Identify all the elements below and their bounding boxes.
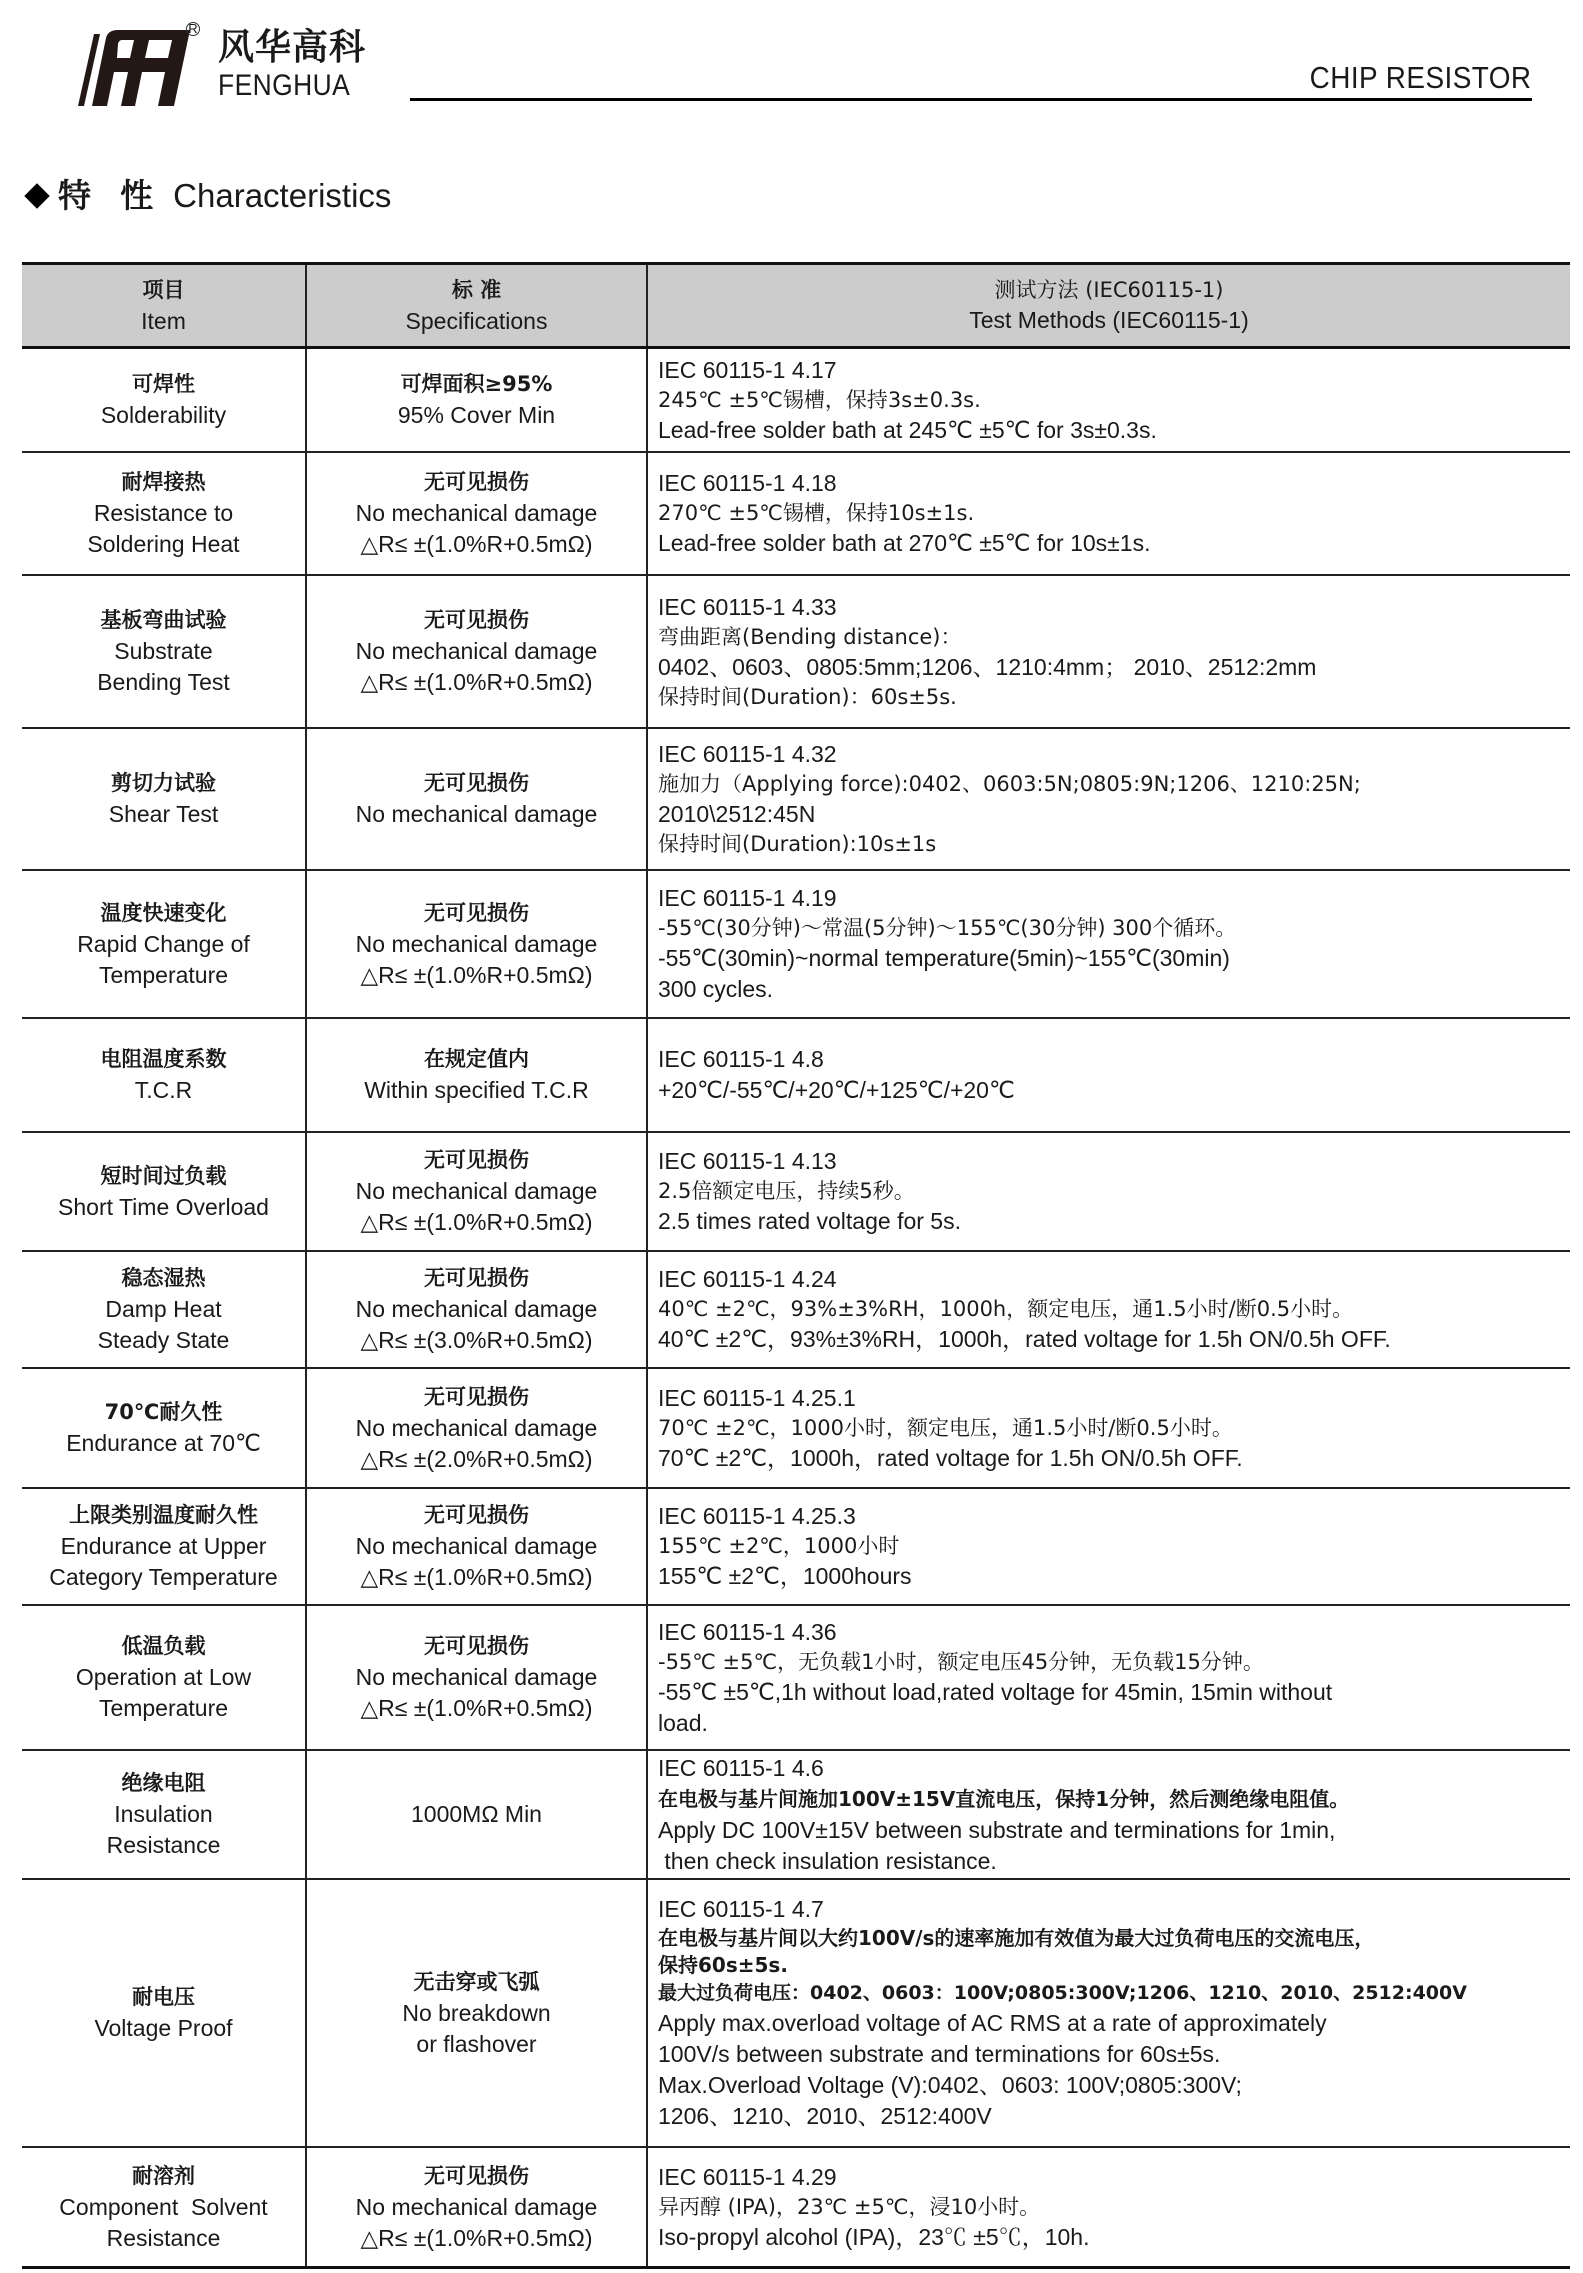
method-line: IEC 60115-1 4.33 [658,592,837,623]
method-line: 在电极与基片间以大约100V/s的速率施加有效值为最大过负荷电压的交流电压， [658,1925,1374,1952]
method-line: IEC 60115-1 4.25.3 [658,1501,856,1532]
item-name-en: Steady State [98,1325,230,1356]
item-name-en: Rapid Change of [77,929,250,960]
item-name-en: Temperature [99,1693,228,1724]
item-name-en: Resistance [107,2223,221,2254]
method-line: -55℃(30min)~normal temperature(5min)~155… [658,943,1230,974]
characteristics-table: 项目 Item 标 准 Specifications 测试方法 (IEC6011… [22,262,1570,2269]
spec-line: No mechanical damage [356,1662,598,1693]
spec-line: or flashover [416,2029,536,2060]
item-name-cn: 温度快速变化 [101,898,227,929]
section-title-cn: 特 性 [58,176,163,216]
method-cell: IEC 60115-1 4.17 245℃ ±5℃锡槽，保持3s±0.3s. L… [648,349,1570,451]
table-row: 基板弯曲试验 Substrate Bending Test 无可见损伤 No m… [22,576,1570,729]
method-cell: IEC 60115-1 4.24 40℃ ±2℃，93%±3%RH，1000h，… [648,1252,1570,1367]
method-cell: IEC 60115-1 4.6 在电极与基片间施加100V±15V直流电压，保持… [648,1751,1570,1878]
item-cell: 耐溶剂 Component Solvent Resistance [22,2148,307,2266]
method-line: IEC 60115-1 4.29 [658,2162,837,2193]
item-name-en: T.C.R [135,1075,193,1106]
item-name-cn: 基板弯曲试验 [101,605,227,636]
method-line: 弯曲距离(Bending distance)： [658,623,962,652]
table-row: 绝缘电阻 Insulation Resistance 1000MΩ Min IE… [22,1751,1570,1880]
method-cell: IEC 60115-1 4.25.3 155℃ ±2℃，1000小时 155℃ … [648,1489,1570,1604]
method-line: Max.Overload Voltage (V):0402、0603: 100V… [658,2070,1242,2101]
method-cell: IEC 60115-1 4.25.1 70℃ ±2℃，1000小时，额定电压，通… [648,1369,1570,1487]
table-row: 电阻温度系数 T.C.R 在规定值内 Within specified T.C.… [22,1019,1570,1133]
spec-line: No mechanical damage [356,1294,598,1325]
document-type: CHIP RESISTOR [1310,60,1532,96]
item-name-cn: 低温负载 [122,1631,206,1662]
spec-line: 无可见损伤 [424,1631,529,1662]
method-line: 保持60s±5s. [658,1952,788,1979]
item-name-cn: 耐电压 [132,1982,195,2013]
spec-line: 无可见损伤 [424,1382,529,1413]
item-name-cn: 剪切力试验 [111,768,216,799]
method-line: 施加力（Applying force):0402、0603:5N;0805:9N… [658,770,1361,799]
method-line: 100V/s between substrate and termination… [658,2039,1220,2070]
spec-cell: 可焊面积≥95% 95% Cover Min [307,349,648,451]
method-line: Apply max.overload voltage of AC RMS at … [658,2008,1327,2039]
spec-line: No mechanical damage [356,1531,598,1562]
item-cell: 电阻温度系数 T.C.R [22,1019,307,1131]
spec-cell: 无可见损伤 No mechanical damage △R≤ ±(1.0%R+0… [307,1489,648,1604]
method-line: -55℃(30分钟)～常温(5分钟)～155℃(30分钟) 300个循环。 [658,914,1236,943]
method-line: 0402、0603、0805:5mm;1206、1210:4mm； 2010、2… [658,652,1316,683]
brand-name-en: FENGHUA [218,70,350,102]
spec-line: △R≤ ±(3.0%R+0.5mΩ) [360,1325,592,1356]
item-name-cn: 上限类别温度耐久性 [69,1500,258,1531]
method-cell: IEC 60115-1 4.19 -55℃(30分钟)～常温(5分钟)～155℃… [648,871,1570,1017]
spec-line: No mechanical damage [356,2192,598,2223]
method-line: IEC 60115-1 4.18 [658,468,837,499]
spec-line: 无可见损伤 [424,2161,529,2192]
spec-line: 可焊面积≥95% [401,369,553,400]
fenghua-logo-icon [72,28,190,106]
spec-cell: 无可见损伤 No mechanical damage △R≤ ±(1.0%R+0… [307,1606,648,1749]
method-line: 245℃ ±5℃锡槽，保持3s±0.3s. [658,386,981,415]
item-name-en: Insulation [114,1799,212,1830]
method-line: IEC 60115-1 4.32 [658,739,837,770]
method-line: Lead-free solder bath at 270℃ ±5℃ for 10… [658,528,1150,559]
method-line: IEC 60115-1 4.13 [658,1146,837,1177]
method-line: IEC 60115-1 4.8 [658,1044,824,1075]
spec-cell: 无可见损伤 No mechanical damage △R≤ ±(1.0%R+0… [307,2148,648,2266]
spec-cell: 无可见损伤 No mechanical damage △R≤ ±(1.0%R+0… [307,576,648,727]
spec-line: △R≤ ±(1.0%R+0.5mΩ) [360,1207,592,1238]
method-line: IEC 60115-1 4.19 [658,883,837,914]
item-cell: 耐电压 Voltage Proof [22,1880,307,2146]
method-line: 异丙醇 (IPA)，23℃ ±5℃，浸10小时。 [658,2193,1040,2222]
method-line: 40℃ ±2℃，93%±3%RH，1000h，rated voltage for… [658,1324,1391,1355]
item-cell: 剪切力试验 Shear Test [22,729,307,869]
method-line: -55℃ ±5℃，无负载1小时，额定电压45分钟，无负载15分钟。 [658,1648,1264,1677]
item-cell: 绝缘电阻 Insulation Resistance [22,1751,307,1878]
spec-cell: 无可见损伤 No mechanical damage △R≤ ±(1.0%R+0… [307,453,648,574]
method-cell: IEC 60115-1 4.32 施加力（Applying force):040… [648,729,1570,869]
item-name-en: Temperature [99,960,228,991]
column-header-item-cn: 项目 [143,275,185,306]
table-row: 耐焊接热 Resistance to Soldering Heat 无可见损伤 … [22,453,1570,576]
table-row: 低温负载 Operation at Low Temperature 无可见损伤 … [22,1606,1570,1751]
method-line: IEC 60115-1 4.24 [658,1264,837,1295]
spec-line: 无可见损伤 [424,1500,529,1531]
item-name-cn: 短时间过负载 [101,1161,227,1192]
spec-line: No mechanical damage [356,1176,598,1207]
item-cell: 温度快速变化 Rapid Change of Temperature [22,871,307,1017]
spec-line: △R≤ ±(1.0%R+0.5mΩ) [360,1562,592,1593]
method-line: 300 cycles. [658,974,773,1005]
method-line: 保持时间(Duration)：60s±5s. [658,683,957,712]
table-row: 上限类别温度耐久性 Endurance at Upper Category Te… [22,1489,1570,1606]
column-header-item-en: Item [141,306,186,337]
item-name-en: Solderability [101,400,226,431]
item-name-cn: 电阻温度系数 [101,1044,227,1075]
method-line: 2.5倍额定电压，持续5秒。 [658,1177,915,1206]
column-header-method-en: Test Methods (IEC60115-1) [969,305,1249,336]
spec-cell: 无可见损伤 No mechanical damage △R≤ ±(1.0%R+0… [307,1133,648,1250]
spec-cell: 无可见损伤 No mechanical damage [307,729,648,869]
item-name-cn: 耐焊接热 [122,467,206,498]
spec-line: 在规定值内 [424,1044,529,1075]
method-cell: IEC 60115-1 4.13 2.5倍额定电压，持续5秒。 2.5 time… [648,1133,1570,1250]
spec-line: No mechanical damage [356,1413,598,1444]
item-name-en: Bending Test [97,667,230,698]
spec-line: Within specified T.C.R [364,1075,589,1106]
method-line: 2.5 times rated voltage for 5s. [658,1206,961,1237]
method-line: 155℃ ±2℃，1000小时 [658,1532,899,1561]
column-header-test-methods: 测试方法 (IEC60115-1) Test Methods (IEC60115… [648,265,1570,346]
method-cell: IEC 60115-1 4.8 +20℃/-55℃/+20℃/+125℃/+20… [648,1019,1570,1131]
spec-cell: 无可见损伤 No mechanical damage △R≤ ±(3.0%R+0… [307,1252,648,1367]
item-cell: 低温负载 Operation at Low Temperature [22,1606,307,1749]
item-cell: 可焊性 Solderability [22,349,307,451]
spec-cell: 1000MΩ Min [307,1751,648,1878]
method-cell: IEC 60115-1 4.18 270℃ ±5℃锡槽，保持10s±1s. Le… [648,453,1570,574]
item-cell: 耐焊接热 Resistance to Soldering Heat [22,453,307,574]
item-name-en: Endurance at 70℃ [66,1428,261,1459]
item-name-en: Shear Test [109,799,219,830]
spec-line: No mechanical damage [356,799,598,830]
method-cell: IEC 60115-1 4.7 在电极与基片间以大约100V/s的速率施加有效值… [648,1880,1570,2146]
method-line: IEC 60115-1 4.36 [658,1617,837,1648]
method-line: 70℃ ±2℃，1000小时，额定电压，通1.5小时/断0.5小时。 [658,1414,1233,1443]
page-header: R 风华高科 FENGHUA CHIP RESISTOR [0,0,1583,110]
spec-line: △R≤ ±(1.0%R+0.5mΩ) [360,529,592,560]
method-cell: IEC 60115-1 4.33 弯曲距离(Bending distance)：… [648,576,1570,727]
item-name-en: Component Solvent [59,2192,267,2223]
spec-line: 无可见损伤 [424,1263,529,1294]
method-line: 在电极与基片间施加100V±15V直流电压，保持1分钟，然后测绝缘电阻值。 [658,1784,1349,1815]
method-line: Lead-free solder bath at 245℃ ±5℃ for 3s… [658,415,1157,446]
spec-line: 无可见损伤 [424,768,529,799]
table-header-row: 项目 Item 标 准 Specifications 测试方法 (IEC6011… [22,265,1570,349]
item-name-cn: 可焊性 [132,369,195,400]
method-line: IEC 60115-1 4.6 [658,1753,824,1784]
item-cell: 70℃耐久性 Endurance at 70℃ [22,1369,307,1487]
method-line: 最大过负荷电压：0402、0603：100V;0805:300V;1206、12… [658,1979,1467,2008]
brand-name-cn: 风华高科 [218,28,366,68]
method-line: IEC 60115-1 4.25.1 [658,1383,856,1414]
table-row: 可焊性 Solderability 可焊面积≥95% 95% Cover Min… [22,349,1570,453]
column-header-item: 项目 Item [22,265,307,346]
item-name-en: Damp Heat [105,1294,221,1325]
method-line: 270℃ ±5℃锡槽，保持10s±1s. [658,499,974,528]
method-line: Iso-propyl alcohol (IPA)，23℃ ±5℃，10h. [658,2222,1090,2253]
column-header-method-cn: 测试方法 (IEC60115-1) [995,276,1224,305]
spec-line: △R≤ ±(1.0%R+0.5mΩ) [360,2223,592,2254]
item-name-cn: 70℃耐久性 [105,1397,223,1428]
registered-mark: R [186,22,200,36]
item-name-cn: 耐溶剂 [132,2161,195,2192]
spec-line: No mechanical damage [356,929,598,960]
spec-line: No mechanical damage [356,498,598,529]
table-row: 70℃耐久性 Endurance at 70℃ 无可见损伤 No mechani… [22,1369,1570,1489]
spec-line: 无可见损伤 [424,605,529,636]
spec-line: 95% Cover Min [398,400,555,431]
column-header-spec-en: Specifications [406,306,548,337]
method-line: +20℃/-55℃/+20℃/+125℃/+20℃ [658,1075,1015,1106]
method-cell: IEC 60115-1 4.36 -55℃ ±5℃，无负载1小时，额定电压45分… [648,1606,1570,1749]
spec-line: △R≤ ±(2.0%R+0.5mΩ) [360,1444,592,1475]
method-line: 155℃ ±2℃，1000hours [658,1561,912,1592]
item-cell: 上限类别温度耐久性 Endurance at Upper Category Te… [22,1489,307,1604]
section-title-en: Characteristics [173,176,391,216]
spec-cell: 无击穿或飞弧 No breakdown or flashover [307,1880,648,2146]
method-line: then check insulation resistance. [658,1846,997,1877]
method-line: 40℃ ±2℃，93%±3%RH，1000h，额定电压，通1.5小时/断0.5小… [658,1295,1353,1324]
column-header-spec-cn: 标 准 [452,275,501,306]
method-line: -55℃ ±5℃,1h without load,rated voltage f… [658,1677,1332,1708]
method-line: IEC 60115-1 4.7 [658,1894,824,1925]
spec-cell: 无可见损伤 No mechanical damage △R≤ ±(1.0%R+0… [307,871,648,1017]
item-cell: 短时间过负载 Short Time Overload [22,1133,307,1250]
method-line: load. [658,1708,708,1739]
spec-line: 无可见损伤 [424,1145,529,1176]
table-row: 耐电压 Voltage Proof 无击穿或飞弧 No breakdown or… [22,1880,1570,2148]
method-line: 2010\2512:45N [658,799,815,830]
diamond-bullet-icon [24,183,49,208]
spec-line: 无击穿或飞弧 [414,1967,540,1998]
spec-line: No breakdown [402,1998,550,2029]
spec-line: △R≤ ±(1.0%R+0.5mΩ) [360,667,592,698]
item-name-cn: 绝缘电阻 [122,1768,206,1799]
spec-cell: 在规定值内 Within specified T.C.R [307,1019,648,1131]
item-name-en: Substrate [114,636,212,667]
method-cell: IEC 60115-1 4.29 异丙醇 (IPA)，23℃ ±5℃，浸10小时… [648,2148,1570,2266]
item-name-en: Resistance to [94,498,233,529]
column-header-specifications: 标 准 Specifications [307,265,648,346]
table-row: 剪切力试验 Shear Test 无可见损伤 No mechanical dam… [22,729,1570,871]
spec-line: No mechanical damage [356,636,598,667]
spec-cell: 无可见损伤 No mechanical damage △R≤ ±(2.0%R+0… [307,1369,648,1487]
item-name-en: Operation at Low [76,1662,251,1693]
table-row: 稳态湿热 Damp Heat Steady State 无可见损伤 No mec… [22,1252,1570,1369]
item-name-en: Category Temperature [49,1562,277,1593]
spec-line: 1000MΩ Min [411,1799,542,1830]
method-line: 70℃ ±2℃，1000h，rated voltage for 1.5h ON/… [658,1443,1243,1474]
method-line: Apply DC 100V±15V between substrate and … [658,1815,1335,1846]
table-row: 耐溶剂 Component Solvent Resistance 无可见损伤 N… [22,2148,1570,2266]
method-line: 1206、1210、2010、2512:400V [658,2101,992,2132]
method-line: 保持时间(Duration):10s±1s [658,830,936,859]
spec-line: △R≤ ±(1.0%R+0.5mΩ) [360,1693,592,1724]
section-title: 特 性 Characteristics [22,176,391,216]
table-row: 温度快速变化 Rapid Change of Temperature 无可见损伤… [22,871,1570,1019]
spec-line: 无可见损伤 [424,898,529,929]
header-divider [410,98,1532,101]
method-line: IEC 60115-1 4.17 [658,355,837,386]
item-name-en: Short Time Overload [58,1192,269,1223]
item-name-en: Voltage Proof [94,2013,232,2044]
item-name-cn: 稳态湿热 [122,1263,206,1294]
item-name-en: Resistance [107,1830,221,1861]
item-name-en: Soldering Heat [87,529,239,560]
item-cell: 基板弯曲试验 Substrate Bending Test [22,576,307,727]
item-cell: 稳态湿热 Damp Heat Steady State [22,1252,307,1367]
table-row: 短时间过负载 Short Time Overload 无可见损伤 No mech… [22,1133,1570,1252]
spec-line: △R≤ ±(1.0%R+0.5mΩ) [360,960,592,991]
item-name-en: Endurance at Upper [61,1531,267,1562]
spec-line: 无可见损伤 [424,467,529,498]
